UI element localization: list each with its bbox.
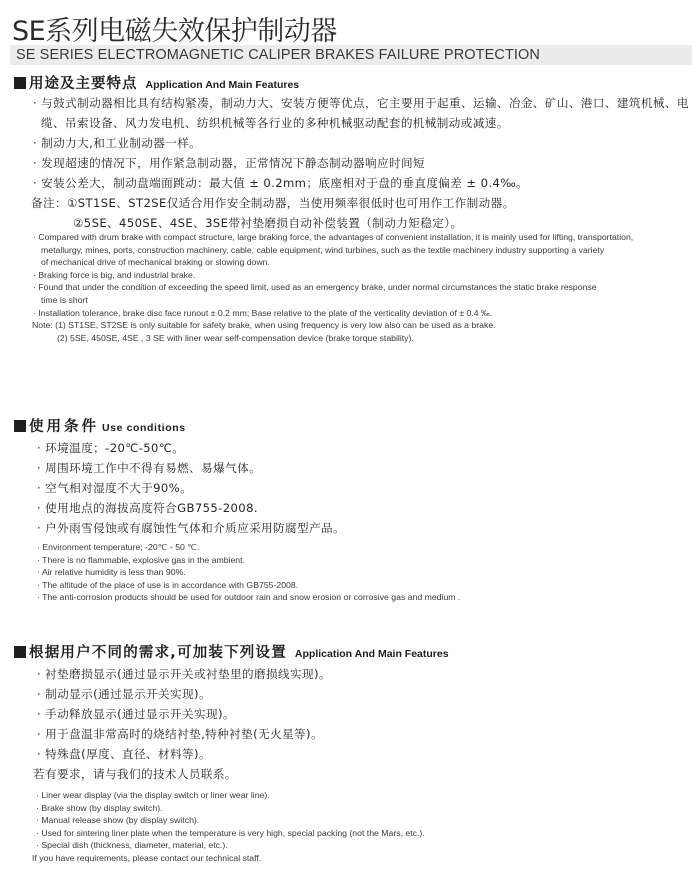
list-item: Manual release show (by display switch).: [36, 814, 656, 827]
list-item: Brake show (by display switch).: [36, 802, 656, 815]
list-item-continuation: of mechanical drive of mechanical brakin…: [33, 256, 695, 269]
contact-note: If you have requirements, please contact…: [32, 852, 656, 865]
note-item: ②5SE、450SE、4SE、3SE带衬垫磨损自动补偿装置（制动力矩稳定）。: [33, 213, 693, 233]
square-bullet-icon: [14, 420, 26, 432]
list-item: 特殊盘(厚度、直径、材料等)。: [37, 744, 637, 764]
list-item: 衬垫磨损显示(通过显示开关或衬垫里的磨损线实现)。: [37, 664, 637, 684]
list-item: Special dish (thickness, diameter, mater…: [36, 839, 656, 852]
section-heading-conditions: 使用条件 Use conditions: [14, 415, 186, 436]
features-list-en: Compared with drum brake with compact st…: [33, 231, 695, 344]
list-item: 户外雨雪侵蚀或有腐蚀性气体和介质应采用防腐型产品。: [37, 518, 637, 538]
list-item: Liner wear display (via the display swit…: [36, 789, 656, 802]
page-title-cn: SE系列电磁失效保护制动器: [12, 9, 337, 48]
note-item: 备注：①ST1SE、ST2SE仅适合用作安全制动器，当使用频率很低时也可用作工作…: [31, 193, 693, 213]
list-item: 制动力大,和工业制动器一样。: [33, 133, 693, 153]
list-item: 与鼓式制动器相比具有结构紧凑，制动力大、安装方便等优点，它主要用于起重、运输、冶…: [33, 93, 693, 113]
list-item: Compared with drum brake with compact st…: [33, 231, 695, 244]
section-heading-options: 根据用户不同的需求,可加装下列设置 Application And Main F…: [14, 641, 449, 662]
section-heading-en: Use conditions: [102, 422, 186, 434]
list-item: Braking force is big, and industrial bra…: [33, 269, 695, 282]
list-item: Air relative humidity is less than 90%.: [37, 566, 637, 579]
list-item: 周围环境工作中不得有易燃、易爆气体。: [37, 458, 637, 478]
list-item-continuation: metallurgy, mines, ports, construction m…: [33, 244, 695, 257]
list-item: Installation tolerance, brake disc face …: [33, 307, 695, 320]
section-heading-cn: 用途及主要特点: [29, 72, 138, 93]
section-heading-cn: 使用条件: [29, 415, 99, 436]
features-list-cn: 与鼓式制动器相比具有结构紧凑，制动力大、安装方便等优点，它主要用于起重、运输、冶…: [33, 93, 693, 233]
list-item-continuation: time is short: [33, 294, 695, 307]
list-item: 空气相对湿度不大于90%。: [37, 478, 637, 498]
list-item: Used for sintering liner plate when the …: [36, 827, 656, 840]
list-item-continuation: 缆、吊索设备、风力发电机、纺织机械等各行业的多种机械驱动配套的机械制动或减速。: [33, 113, 693, 133]
list-item: The anti-corrosion products should be us…: [37, 591, 637, 604]
list-item: 使用地点的海拔高度符合GB755-2008.: [37, 498, 637, 518]
list-item: Environment temperature; -20℃ - 50 ℃.: [37, 541, 637, 554]
conditions-list-en: Environment temperature; -20℃ - 50 ℃. Th…: [37, 541, 637, 604]
list-item: Found that under the condition of exceed…: [33, 281, 695, 294]
page-title-en: SE SERIES ELECTROMAGNETIC CALIPER BRAKES…: [16, 47, 540, 63]
options-list-cn: 衬垫磨损显示(通过显示开关或衬垫里的磨损线实现)。 制动显示(通过显示开关实现)…: [37, 664, 637, 784]
list-item: 安装公差大，制动盘端面跳动：最大值 ± 0.2mm；底座相对于盘的垂直度偏差 ±…: [33, 173, 693, 193]
section-heading-features: 用途及主要特点 Application And Main Features: [14, 72, 299, 93]
options-list-en: Liner wear display (via the display swit…: [36, 789, 656, 865]
square-bullet-icon: [14, 77, 26, 89]
list-item: 环境温度；-20℃-50℃。: [37, 438, 637, 458]
section-heading-cn: 根据用户不同的需求,可加装下列设置: [29, 641, 287, 662]
section-heading-en: Application And Main Features: [295, 648, 449, 660]
list-item: 手动释放显示(通过显示开关实现)。: [37, 704, 637, 724]
square-bullet-icon: [14, 646, 26, 658]
list-item: 用于盘温非常高时的烧结衬垫,特种衬垫(无火星等)。: [37, 724, 637, 744]
note-item: Note: (1) ST1SE, ST2SE is only suitable …: [32, 319, 695, 332]
list-item: 发现超速的情况下，用作紧急制动器，正常情况下静态制动器响应时间短: [33, 153, 693, 173]
note-item: (2) 5SE, 450SE, 4SE , 3 SE with liner we…: [33, 332, 695, 345]
list-item: 制动显示(通过显示开关实现)。: [37, 684, 637, 704]
contact-note: 若有要求，请与我们的技术人员联系。: [33, 764, 637, 784]
list-item: There is no flammable, explosive gas in …: [37, 554, 637, 567]
list-item: The altitude of the place of use is in a…: [37, 579, 637, 592]
section-heading-en: Application And Main Features: [146, 79, 300, 91]
conditions-list-cn: 环境温度；-20℃-50℃。 周围环境工作中不得有易燃、易爆气体。 空气相对湿度…: [37, 438, 637, 538]
